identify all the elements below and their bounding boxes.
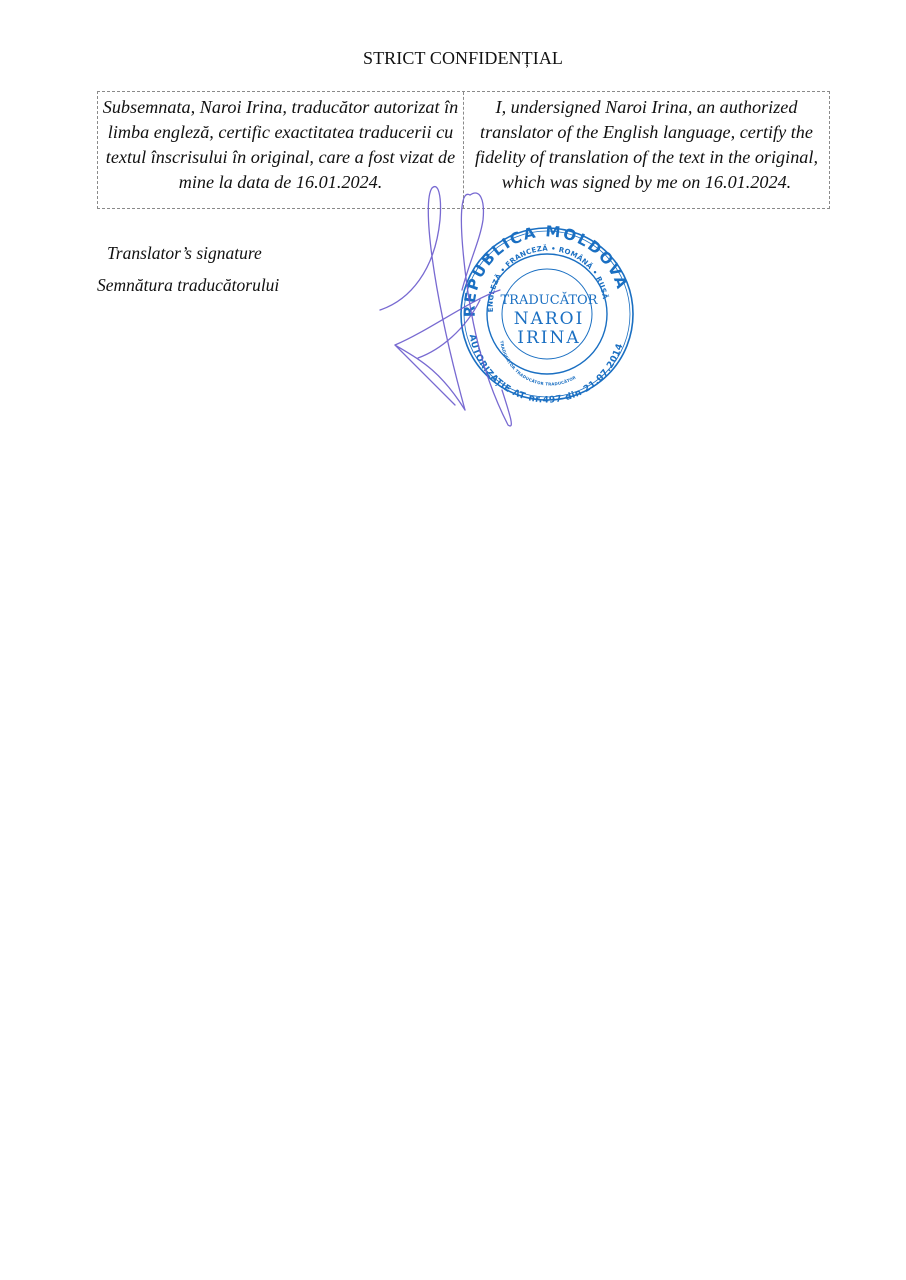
document-title: STRICT CONFIDENȚIAL	[0, 48, 906, 69]
svg-text:TRADUCĂTOR: TRADUCĂTOR	[501, 292, 599, 308]
certification-romanian: Subsemnata, Naroi Irina, traducător auto…	[98, 92, 464, 208]
svg-text:NAROI: NAROI	[514, 309, 585, 329]
signature-label-romanian: Semnătura traducătorului	[97, 275, 279, 296]
svg-text:IRINA: IRINA	[517, 328, 580, 348]
certification-table: Subsemnata, Naroi Irina, traducător auto…	[97, 91, 830, 209]
signature-label-english: Translator’s signature	[107, 243, 262, 264]
translator-stamp-icon: REPUBLICA MOLDOVA AUTORIZAȚIE AT nr.497 …	[455, 222, 640, 407]
certification-english: I, undersigned Naroi Irina, an authorize…	[464, 92, 829, 208]
